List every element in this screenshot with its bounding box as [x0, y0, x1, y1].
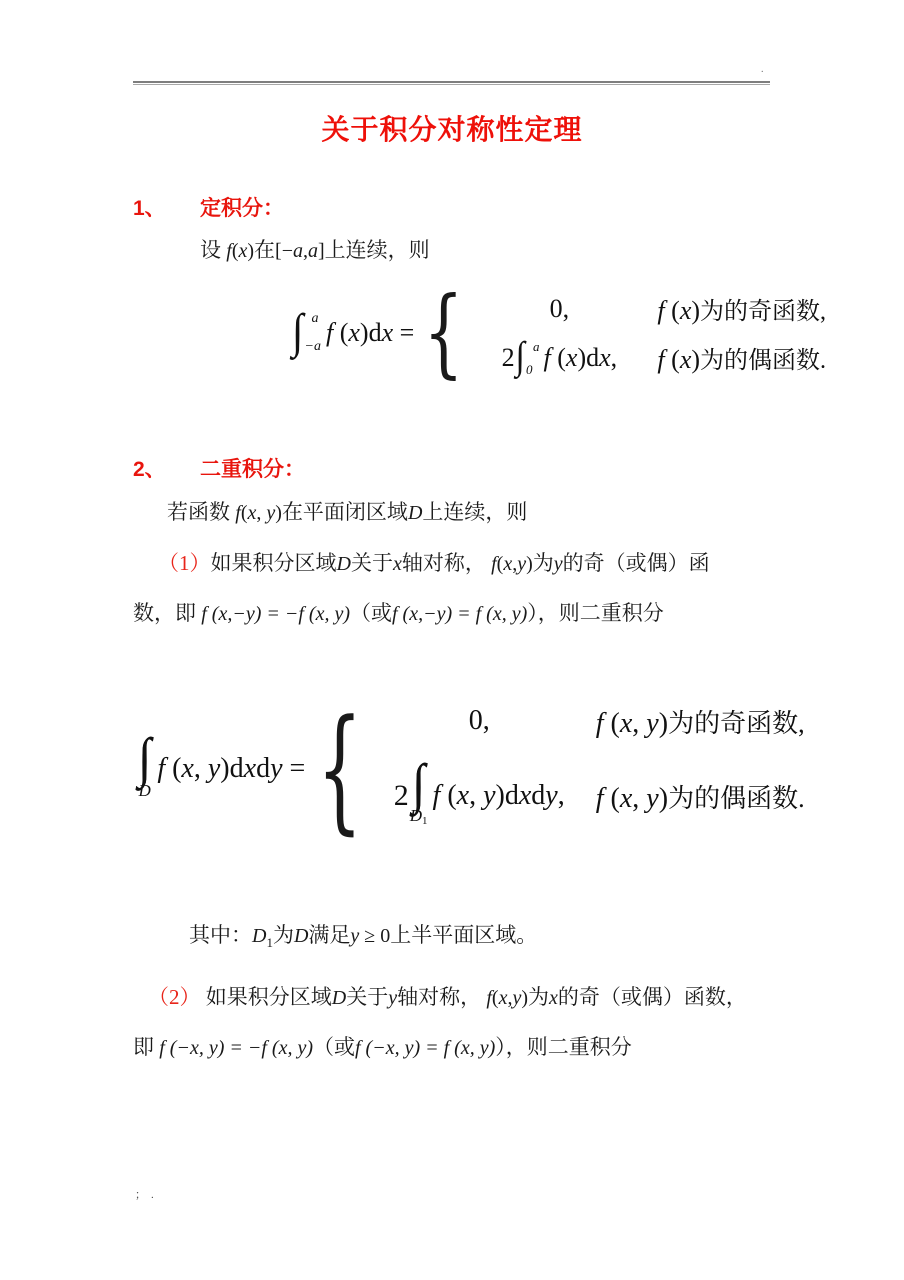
case-condition-odd: f (x, y)为的奇函数,	[596, 703, 805, 740]
formula1-integrand: f (x)dx =	[326, 318, 414, 348]
case-condition-even: f (x, y)为的偶函数.	[596, 778, 805, 815]
cases-brace: {	[424, 285, 464, 381]
formula2-lhs: ∫∫ D f (x, y)dxdy =	[138, 739, 305, 799]
footer-marks: ；.	[135, 1185, 159, 1203]
paragraph-intro-1: 设 f(x)在[−a,a]上连续，则	[200, 237, 430, 266]
formula2-integrand: f (x, y)dxdy =	[157, 753, 305, 785]
corner-dot: .	[761, 64, 764, 75]
footer-mark-1: ；	[135, 1189, 146, 1201]
case-value-even: 2 ∫∫ D1 f (x, y)dxdy,	[377, 765, 582, 828]
formula1-case-even: 2 ∫ a 0 f (x)dx, f (x)为的偶函数.	[475, 333, 826, 382]
double-integral-sign: ∫∫ D	[138, 739, 151, 799]
where-clause: 其中：D1为D满足y ≥ 0上半平面区域。	[189, 922, 537, 956]
case-value-even: 2 ∫ a 0 f (x)dx,	[475, 338, 643, 378]
domain-D-subscript: 1	[422, 815, 428, 827]
paragraph-1-line-1: （1）如果积分区域D关于x轴对称， f(x,y)为y的奇（或偶）函	[158, 550, 710, 579]
double-integral-sign-D1: ∫∫ D1	[410, 765, 428, 828]
coefficient-2: 2	[502, 343, 515, 373]
formula2-case-odd: 0, f (x, y)为的奇函数,	[377, 694, 805, 748]
footer-mark-2: .	[151, 1189, 154, 1201]
section-1-title: 定积分：	[200, 197, 284, 220]
cases-brace: {	[317, 702, 362, 836]
lower-limit: −a	[305, 340, 321, 354]
paragraph-intro-2: 若函数 f(x, y)在平面闭区域D上连续，则	[167, 499, 527, 528]
case-value-zero: 0,	[475, 294, 643, 324]
paragraph-2-line-1: （2） 如果积分区域D关于y轴对称， f(x,y)为x的奇（或偶）函数，	[148, 984, 747, 1013]
case-value-zero: 0,	[377, 705, 582, 737]
section-1-heading: 1、定积分：	[133, 192, 284, 222]
upper-limit: a	[305, 312, 321, 326]
paragraph-2-line-2: 即 f (−x, y) = −f (x, y)（或f (−x, y) = f (…	[133, 1034, 632, 1063]
formula-double-integral: ∫∫ D f (x, y)dxdy = { 0, f (x, y)为的奇函数, …	[138, 690, 805, 848]
integral-glyph: ∫	[138, 736, 151, 783]
formula1-case-odd: 0, f (x)为的奇函数,	[475, 284, 826, 333]
header-rule	[133, 81, 770, 85]
case-condition-even: f (x)为的偶函数.	[657, 340, 826, 375]
integral-sign-small: ∫ a 0	[516, 338, 540, 378]
case2-integrand: f (x, y)dxdy,	[433, 780, 565, 812]
case2-integrand: f (x)dx,	[543, 343, 617, 373]
coefficient-2: 2	[394, 779, 409, 813]
integral-limits: a 0	[525, 338, 540, 378]
upper-limit: a	[526, 340, 540, 353]
integral-sign: ∫ a −a	[292, 310, 321, 356]
formula1-lhs: ∫ a −a f (x)dx =	[292, 310, 414, 356]
paragraph-1-line-2: 数，即 f (x,−y) = −f (x, y)（或f (x,−y) = f (…	[133, 600, 664, 629]
section-2-title: 二重积分：	[200, 458, 305, 481]
section-1-number: 1、	[133, 192, 200, 222]
section-2-number: 2、	[133, 453, 200, 483]
section-2-heading: 2、二重积分：	[133, 453, 305, 483]
page-title: 关于积分对称性定理	[0, 108, 904, 148]
double-integral-glyphs: ∫∫	[138, 739, 151, 780]
formula1-cases: 0, f (x)为的奇函数, 2 ∫ a 0 f (x)dx, f (x)为的偶…	[475, 284, 826, 382]
formula-definite-integral: ∫ a −a f (x)dx = { 0, f (x)为的奇函数, 2 ∫ a …	[292, 282, 826, 384]
formula2-case-even: 2 ∫∫ D1 f (x, y)dxdy, f (x, y)为的偶函数.	[377, 748, 805, 844]
double-integral-glyphs: ∫∫	[412, 765, 425, 806]
integral-limits: a −a	[304, 310, 321, 356]
case-condition-odd: f (x)为的奇函数,	[657, 291, 826, 326]
integral-glyph: ∫	[292, 311, 304, 354]
formula2-cases: 0, f (x, y)为的奇函数, 2 ∫∫ D1 f (x, y)dxdy, …	[377, 694, 805, 844]
integral-glyph: ∫	[412, 762, 425, 809]
integral-glyph: ∫	[516, 340, 525, 375]
lower-limit: 0	[526, 363, 540, 376]
